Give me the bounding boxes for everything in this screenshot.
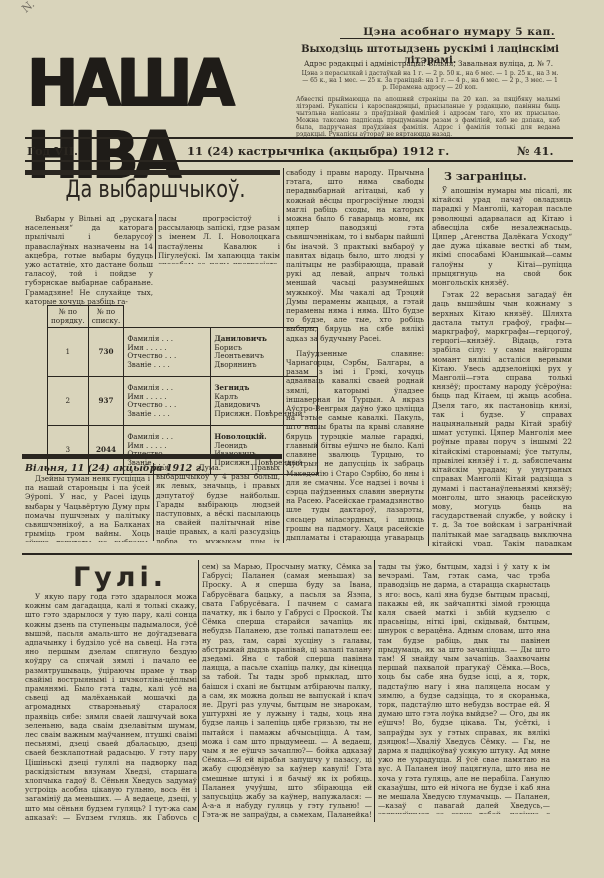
advertising-notice: Абвесткі прыймаюцца па апошняй страніцы … — [296, 96, 560, 138]
election-text-col1: Выбары у Вільні ад „рускага населеньня“ … — [25, 214, 153, 314]
candidates-table: № по порядку. № по списку. 1 730 Фамилія… — [47, 305, 318, 475]
paragraph: У якую пару года гэто здарылося можа кож… — [25, 592, 197, 820]
column-divider — [155, 214, 156, 259]
section-divider — [22, 553, 572, 555]
field-labels: Фамилія . . .Имя . . . . .Отчество . . .… — [124, 377, 211, 426]
column-divider — [374, 560, 375, 822]
vilnia-text-col3: свабоду і правы народу. Прычына гэтага, … — [286, 168, 424, 543]
divider — [25, 160, 573, 162]
column-divider — [283, 168, 284, 543]
column-divider — [153, 463, 154, 541]
paragraph: Дзейны туман неяк гусціцца і па нашай ст… — [25, 474, 150, 542]
paragraph: Ў апошнім нумары мы пісалі, як кітайскі … — [432, 186, 572, 287]
vilnia-text-col2: вая Дума. Правых выбаршчыкоў у 4 разы бо… — [156, 463, 280, 543]
paragraph: ласы прогрэсістоў і рассылаюць запіскі, … — [158, 214, 280, 264]
paragraph: свабоду і правы народу. Прычына гэтага, … — [286, 168, 424, 343]
issue-number: № 41. — [517, 144, 554, 158]
column-divider — [428, 168, 429, 546]
guli-text-col3: тады ты ўжо, бытцым, хадзі і ў хату к ім… — [378, 562, 550, 814]
guli-text-col2: сем) за Марью, Просчыну матку, Сёмка за … — [202, 562, 372, 820]
year-label: Год VII. — [27, 144, 78, 158]
field-labels: Фамилія . . .Имя . . . . .Отчество . . .… — [124, 328, 211, 377]
article-title-abroad: З заграніцы. — [444, 170, 527, 183]
table-row: 2 937 Фамилія . . .Имя . . . . .Отчество… — [48, 377, 318, 426]
vilnia-text-col1: Дзейны туман неяк гусціцца і па нашай ст… — [25, 474, 150, 542]
table-row: 1 730 Фамилія . . .Имя . . . . .Отчество… — [48, 328, 318, 377]
header-list: № по списку. — [88, 306, 124, 328]
row-order: 1 — [48, 328, 89, 377]
paragraph: Гэтак 22 верасьня загадаў ён даць вышэйш… — [432, 290, 572, 546]
row-order: 2 — [48, 377, 89, 426]
column-divider — [198, 560, 199, 822]
editorial-address: Адрэс рэдакцыі і адміністрацыі: Вільня, … — [296, 59, 561, 68]
article-title-guli: Гулі. — [40, 562, 200, 593]
issue-info-bar: Год VII. 11 (24) кастрычніка (акцыбра) 1… — [25, 137, 573, 155]
paragraph: Выбары у Вільні ад „рускага населеньня“ … — [25, 214, 153, 306]
subscription-prices: Цэна з перасылкай і дастаўкай на 1 г. — … — [300, 70, 560, 91]
issue-date: 11 (24) кастрычніка (акцыбра) 1912 г. — [187, 144, 449, 158]
paragraph: тады ты ўжо, бытцым, хадзі і ў хату к ім… — [378, 562, 550, 814]
masthead-title: НАША НІВА — [27, 48, 260, 120]
article-title-election: Да выбаршчыкоў. — [54, 175, 258, 203]
paragraph: вая Дума. Правых выбаршчыкоў у 4 разы бо… — [156, 463, 280, 543]
pencil-annotation: N. — [19, 0, 37, 15]
issue-price: Цэна асобнаго нумару 5 кап. — [340, 26, 555, 39]
header-order: № по порядку. — [48, 306, 89, 328]
abroad-text: Ў апошнім нумары мы пісалі, як кітайскі … — [432, 186, 572, 546]
guli-text-col1: У якую пару года гэто здарылося можа кож… — [25, 592, 197, 820]
row-list-no: 730 — [88, 328, 124, 377]
paragraph: Паўудзенные славяне: Чарнагорцы, Сэрбы, … — [286, 349, 424, 543]
election-text-col2: ласы прогрэсістоў і рассылаюць запіскі, … — [158, 214, 280, 264]
ornament-rule — [22, 454, 282, 459]
row-list-no: 937 — [88, 377, 124, 426]
paragraph: сем) за Марью, Просчыну матку, Сёмка за … — [202, 562, 372, 820]
